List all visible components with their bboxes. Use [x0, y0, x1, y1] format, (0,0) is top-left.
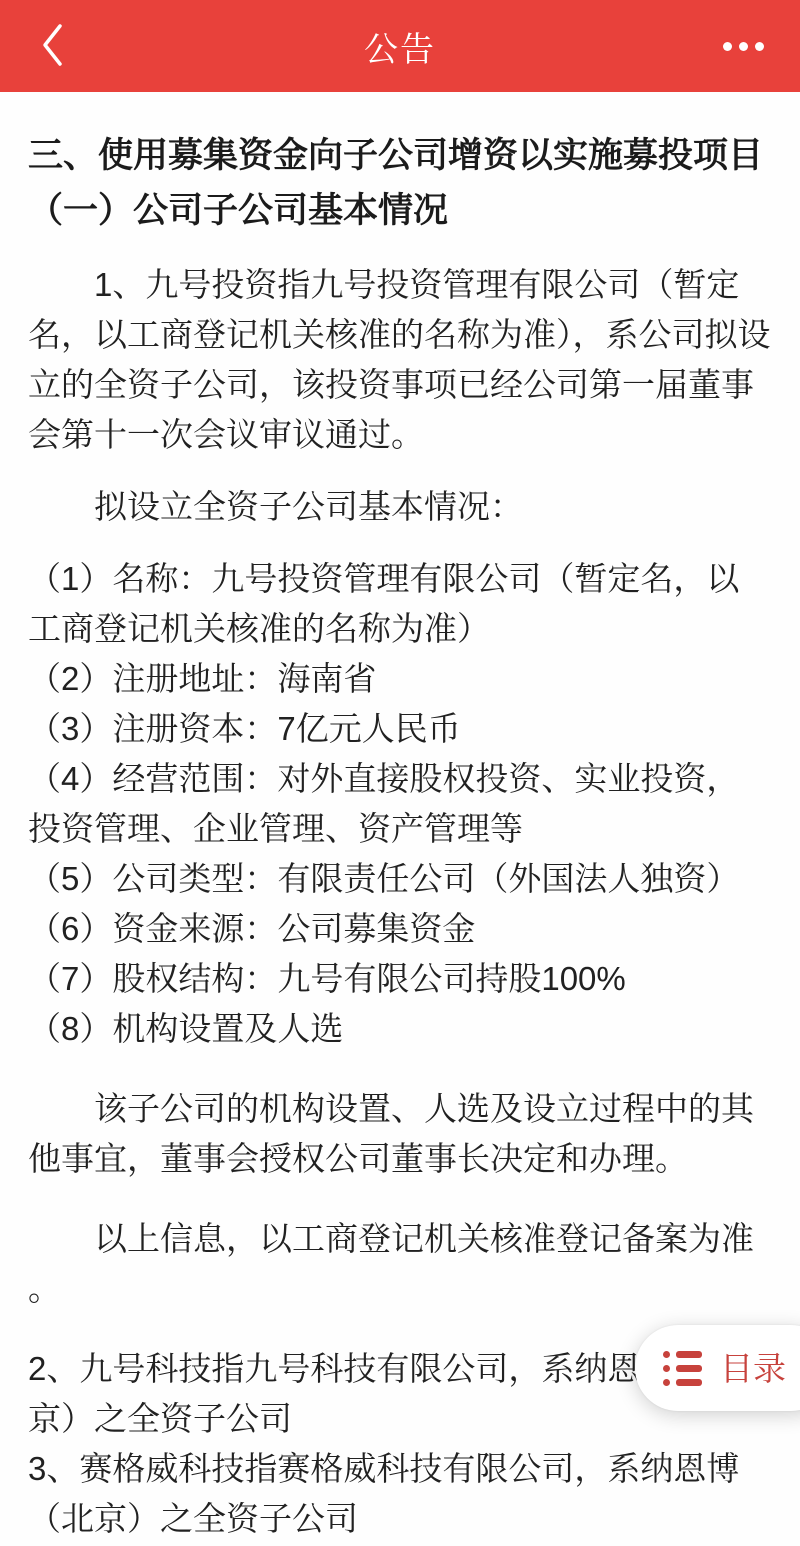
list-item: （7）股权结构：九号有限公司持股100%	[28, 954, 772, 1004]
paragraph: 拟设立全资子公司基本情况：	[28, 482, 772, 532]
ellipsis-icon	[723, 42, 764, 51]
list-item: （2）注册地址：海南省	[28, 654, 772, 704]
toc-button-label: 目录	[720, 1352, 786, 1385]
paragraph: 3、赛格威科技指赛格威科技有限公司，系纳恩博（北京）之全资子公司	[28, 1444, 772, 1544]
list-icon	[663, 1351, 702, 1386]
list-item: （8）机构设置及人选	[28, 1004, 772, 1054]
list-item: （3）注册资本：7亿元人民币	[28, 704, 772, 754]
more-menu-button[interactable]	[708, 0, 778, 92]
list-item: （5）公司类型：有限责任公司（外国法人独资）	[28, 854, 772, 904]
back-button[interactable]	[22, 0, 82, 92]
list-item: （6）资金来源：公司募集资金	[28, 904, 772, 954]
toc-button[interactable]: 目录	[635, 1325, 800, 1411]
page-title: 公告	[364, 22, 436, 71]
chevron-left-icon	[38, 22, 66, 71]
paragraph: 该子公司的机构设置、人选及设立过程中的其他事宜，董事会授权公司董事长决定和办理。	[28, 1084, 772, 1184]
section-heading: 三、使用募集资金向子公司增资以实施募投项目	[28, 128, 772, 183]
list-item: （1）名称：九号投资管理有限公司（暂定名，以工商登记机关核准的名称为准）	[28, 554, 772, 654]
list-item: （4）经营范围：对外直接股权投资、实业投资，投资管理、企业管理、资产管理等	[28, 754, 772, 854]
paragraph: 1、九号投资指九号投资管理有限公司（暂定名，以工商登记机关核准的名称为准），系公…	[28, 260, 772, 460]
nav-bar: 公告	[0, 0, 800, 92]
paragraph: 以上信息，以工商登记机关核准登记备案为准。	[28, 1214, 772, 1314]
announcement-viewer-page: 公告 三、使用募集资金向子公司增资以实施募投项目 （一）公司子公司基本情况 1、…	[0, 0, 800, 1546]
subsection-heading: （一）公司子公司基本情况	[28, 183, 772, 238]
